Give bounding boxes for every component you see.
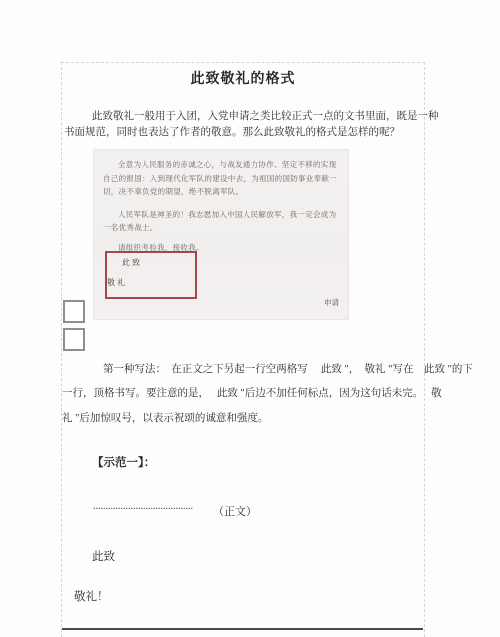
example-cizhi: 此致 [92,548,115,564]
letter-closing-jingli: 敬 礼 [107,277,125,288]
example-heading: 【示范一】： [92,454,155,470]
page-title: 此致敬礼的格式 [61,68,425,88]
letter-image-paragraph-2: 人民军队是神圣的！我志愿加入中国人民解放军，我一定会成为一名优秀战士。 [94,199,348,235]
checkbox-placeholder-2[interactable] [63,328,85,351]
letter-closing-cizhi: 此 致 [122,257,140,268]
method-paragraph-line3: 礼 "后加惊叹号，以表示祝颂的诚意和强度。 [62,412,268,426]
method-paragraph-line1: 第一种写法： 在正文之下另起一行空两格写 此致 "， 敬礼 "写在 此致 "的下 [103,363,473,377]
bottom-horizontal-rule [62,628,423,630]
checkbox-placeholder-1[interactable] [63,300,85,323]
document-page: 此致敬礼的格式 此致敬礼一般用于入团，入党申请之类比较正式一点的文书里面，既是一… [0,0,500,637]
example-jingli: 敬礼！ [74,588,109,604]
example-dotted-line: ........................................ [93,501,193,512]
red-highlight-box [105,251,197,299]
letter-image-paragraph-1: 全意为人民服务的赤诚之心，与战友通力协作、坚定不移的实现自己的报国：入到现代化军… [94,150,348,199]
intro-paragraph-line2: 书面规范，同时也表达了作者的敬意。那么此致敬礼的格式是怎样的呢？ [64,126,400,140]
method-paragraph-line2: 一行，顶格书写。要注意的是， 此致 "后边不加任何标点，因为这句话未完。 敬 [62,387,442,401]
intro-paragraph-line1: 此致敬礼一般用于入团，入党申请之类比较正式一点的文书里面，既是一种 [92,110,439,124]
example-body-label: （正文） [213,503,257,519]
letter-signature: 申请 [324,297,339,308]
